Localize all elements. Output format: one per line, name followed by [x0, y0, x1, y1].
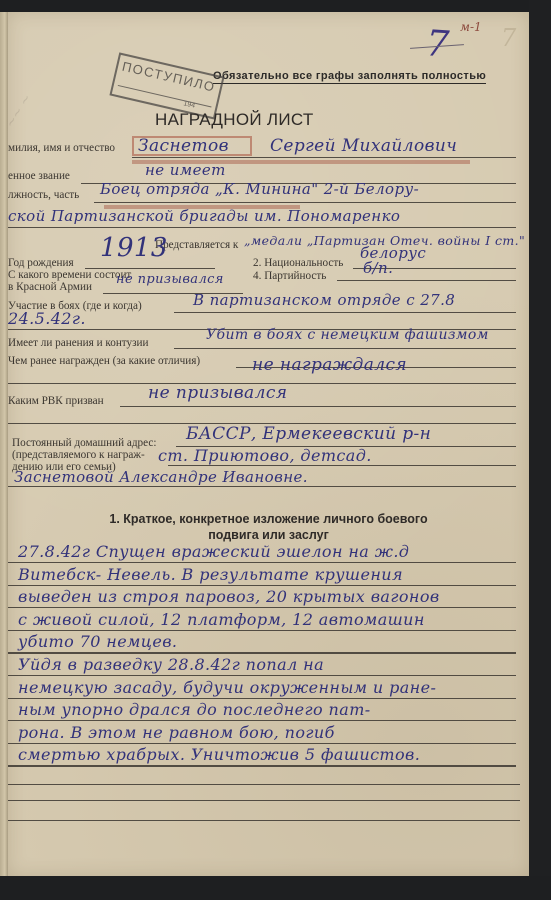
- party-rule: [337, 280, 516, 281]
- narrative-line: немецкую засаду, будучи окруженным и ран…: [18, 678, 436, 697]
- rvk-value: не призывался: [148, 383, 287, 403]
- party-label: 4. Партийность: [253, 270, 326, 282]
- section1-heading-line2: подвига или заслуг: [8, 528, 529, 542]
- rank-value: не имеет: [145, 161, 226, 179]
- narrative-rule: [8, 720, 516, 721]
- narrative-rule: [8, 698, 516, 699]
- wounds-label: Имеет ли ранения и контузии: [8, 337, 149, 349]
- empty-rule-3: [8, 820, 520, 821]
- previous-awards-value: не награждался: [252, 355, 407, 375]
- full-name-label: милия, имя и отчество: [8, 142, 115, 154]
- battles-value-line2: 24.5.42г.: [8, 309, 86, 328]
- address-rule-3: [8, 486, 516, 487]
- rvk-rule: [120, 406, 516, 407]
- battles-rule-1: [174, 312, 516, 313]
- red-army-label-line2: в Красной Армии: [8, 281, 92, 293]
- narrative-rule: [8, 607, 516, 608]
- narrative-line: смертью храбрых. Уничтожив 5 фашистов.: [18, 745, 420, 764]
- address-value-line2: ст. Приютово, детсад.: [158, 446, 372, 465]
- narrative-rule: [8, 765, 516, 766]
- narrative-line: рона. В этом не равном бою, погиб: [18, 723, 335, 742]
- rank-label: енное звание: [8, 170, 70, 182]
- wounds-value: Убит в боях с немецким фашизмом: [206, 327, 489, 343]
- narrative-line: убито 70 немцев.: [18, 632, 177, 651]
- battles-value-line1: В партизанском отряде с 27.8: [193, 291, 455, 309]
- surname-value: Заснетов: [138, 136, 229, 156]
- position-value-line1: Боец отряда „К. Минина" 2-й Белору-: [100, 180, 419, 198]
- narrative-rule: [8, 652, 516, 653]
- rvk-label: Каким РВК призван: [8, 395, 104, 407]
- address-label-line1: Постоянный домашний адрес:: [12, 437, 156, 449]
- position-rule-2: [8, 227, 516, 228]
- previous-awards-label: Чем ранее награжден (за какие отличия): [8, 355, 200, 367]
- party-value: б/п.: [363, 259, 393, 277]
- given-names-value: Сергей Михайлович: [270, 136, 457, 156]
- red-army-value: не призывался: [116, 272, 224, 287]
- birth-year-value: 1913: [100, 233, 168, 263]
- document-title: НАГРАДНОЙ ЛИСТ: [155, 110, 314, 130]
- empty-rule-1: [8, 784, 520, 785]
- page-spine: [0, 12, 8, 876]
- address-value-line1: БАССР, Ермекеевский р-н: [186, 424, 431, 444]
- fill-all-fields-notice: Обязательно все графы заполнять полность…: [213, 70, 486, 84]
- empty-rule-2: [8, 800, 520, 801]
- narrative-rule: [8, 743, 516, 744]
- position-label: лжность, часть: [8, 189, 79, 201]
- scan-frame-right: [529, 0, 551, 900]
- address-rule-2: [168, 465, 516, 466]
- nationality-label: 2. Национальность: [253, 257, 343, 269]
- award-sheet-page: ~~ ~ 7 м-1 7 Обязательно все графы запол…: [8, 12, 529, 876]
- narrative-line: выведен из строя паровоз, 20 крытых ваго…: [18, 587, 440, 606]
- narrative-rule: [8, 675, 516, 676]
- narrative-line: Витебск- Невель. В результате крушения: [18, 565, 403, 584]
- position-value-line2: ской Партизанской бригады им. Пономаренк…: [8, 207, 400, 225]
- red-army-label-line1: С какого времени состоит: [8, 269, 131, 281]
- scan-frame-bottom: [0, 876, 551, 900]
- full-name-rule: [132, 157, 516, 158]
- narrative-rule: [8, 630, 516, 631]
- wounds-rule: [174, 348, 516, 349]
- archive-mark: м-1: [460, 20, 482, 34]
- position-rule-1: [94, 202, 516, 203]
- stamp-year: 194: [183, 100, 196, 109]
- narrative-rule: [8, 562, 516, 563]
- scan-frame-top: [0, 0, 551, 12]
- narrative-line: 27.8.42г Спущен вражеский эшелон на ж.д: [18, 542, 409, 561]
- narrative-line: Уйдя в разведку 28.8.42г попал на: [18, 655, 324, 674]
- narrative-rule: [8, 585, 516, 586]
- narrative-line: с живой силой, 12 платформ, 12 автомашин: [18, 610, 425, 629]
- section1-heading-line1: 1. Краткое, конкретное изложение личного…: [8, 512, 529, 526]
- narrative-line: ным упорно дрался до последнего пат-: [18, 700, 371, 719]
- address-value-line3: Заснетовой Александре Ивановне.: [14, 468, 308, 486]
- birth-year-label: Год рождения: [8, 257, 74, 269]
- address-label-line2: (представляемого к награж-: [12, 449, 145, 461]
- faint-page-number: 7: [501, 24, 516, 52]
